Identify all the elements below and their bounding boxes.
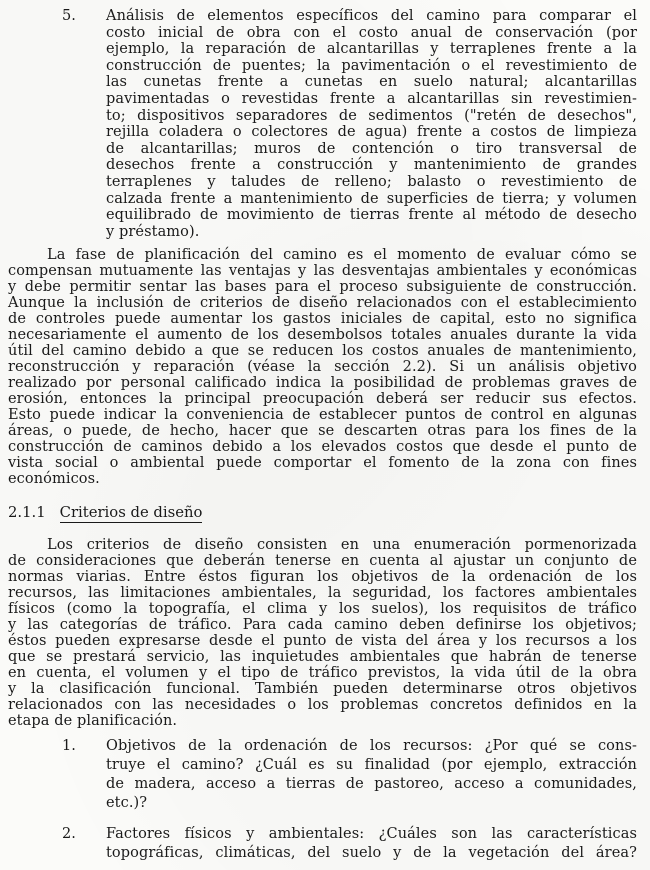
numbered-item: 1.Objetivos de la ordenación de los recu… <box>8 737 637 813</box>
paragraph: Los criterios de diseño consisten en una… <box>8 537 637 729</box>
text-line: costo inicial de obra con el costo anual… <box>106 25 637 42</box>
document-page: 5.Análisis de elementos específicos del … <box>0 0 650 870</box>
text-line: y préstamo). <box>106 224 637 241</box>
text-line: y la clasificación funcional. También pu… <box>8 681 637 697</box>
text-line: terraplenes y taludes de relleno; balast… <box>106 174 637 191</box>
text-line: topográficas, climáticas, del suelo y de… <box>106 844 637 863</box>
text-line: Factores físicos y ambientales: ¿Cuáles … <box>106 825 637 844</box>
item-lines: Factores físicos y ambientales: ¿Cuáles … <box>106 825 637 863</box>
text-line: que se prestará servicio, las inquietude… <box>8 649 637 665</box>
text-line: útil del camino debido a que se reducen … <box>8 343 637 359</box>
section-heading-number: 2.1.1 <box>8 504 46 521</box>
text-line: económicos. <box>8 471 637 487</box>
text-line: de controles puede aumentar los gastos i… <box>8 311 637 327</box>
text-line: ejemplo, la reparación de alcantarillas … <box>106 41 637 58</box>
item-lines: Objetivos de la ordenación de los recurs… <box>106 737 637 813</box>
numbered-item: 5.Análisis de elementos específicos del … <box>8 8 637 240</box>
text-line: Esto puede indicar la conveniencia de es… <box>8 407 637 423</box>
document-blocks: 5.Análisis de elementos específicos del … <box>8 8 637 863</box>
text-line: recursos, las limitaciones ambientales, … <box>8 585 637 601</box>
text-line: de consideraciones que deberán tenerse e… <box>8 553 637 569</box>
text-line: reconstrucción y reparación (véase la se… <box>8 359 637 375</box>
text-line: desechos frente a construcción y manteni… <box>106 157 637 174</box>
text-line: Aunque la inclusión de criterios de dise… <box>8 295 637 311</box>
text-line: las cunetas frente a cunetas en suelo na… <box>106 74 637 91</box>
text-line: vista social o ambiental puede comportar… <box>8 455 637 471</box>
text-line: equilibrado de movimiento de tierras fre… <box>106 207 637 224</box>
text-line: de alcantarillas; muros de contención o … <box>106 141 637 158</box>
text-line: Los criterios de diseño consisten en una… <box>8 537 637 553</box>
text-line: y debe permitir sentar las bases para el… <box>8 279 637 295</box>
text-line: etapa de planificación. <box>8 713 637 729</box>
text-line: realizado por personal calificado indica… <box>8 375 637 391</box>
text-line: compensan mutuamente las ventajas y las … <box>8 263 637 279</box>
text-line: éstos pueden expresarse desde el punto d… <box>8 633 637 649</box>
text-line: erosión, entonces la principal preocupac… <box>8 391 637 407</box>
section-heading-title: Criterios de diseño <box>60 504 203 523</box>
paragraph: La fase de planificación del camino es e… <box>8 247 637 487</box>
item-number: 1. <box>62 737 106 756</box>
text-line: relacionados con las necesidades o los p… <box>8 697 637 713</box>
text-line: truye el camino? ¿Cuál es su finalidad (… <box>106 756 637 775</box>
text-line: construcción de caminos debido a los ele… <box>8 439 637 455</box>
text-line: Análisis de elementos específicos del ca… <box>106 8 637 25</box>
text-line: áreas, o puede, de hecho, hacer que se d… <box>8 423 637 439</box>
text-line: de madera, acceso a tierras de pastoreo,… <box>106 775 637 794</box>
text-line: y las categorías de tráfico. Para cada c… <box>8 617 637 633</box>
item-number: 2. <box>62 825 106 844</box>
text-line: físicos (como la topografía, el clima y … <box>8 601 637 617</box>
text-line: normas viarias. Entre éstos figuran los … <box>8 569 637 585</box>
text-line: Objetivos de la ordenación de los recurs… <box>106 737 637 756</box>
text-line: rejilla coladera o colectores de agua) f… <box>106 124 637 141</box>
text-line: to; dispositivos separadores de sediment… <box>106 108 637 125</box>
text-line: en cuenta, el volumen y el tipo de tráfi… <box>8 665 637 681</box>
text-line: pavimentadas o revestidas frente a alcan… <box>106 91 637 108</box>
text-line: necesariamente el aumento de los desembo… <box>8 327 637 343</box>
text-line: construcción de puentes; la pavimentació… <box>106 58 637 75</box>
numbered-item: 2.Factores físicos y ambientales: ¿Cuále… <box>8 825 637 863</box>
item-number: 5. <box>62 8 106 25</box>
text-line: La fase de planificación del camino es e… <box>8 247 637 263</box>
text-line: calzada frente a mantenimiento de superf… <box>106 191 637 208</box>
text-line: etc.)? <box>106 794 637 813</box>
section-heading: 2.1.1Criterios de diseño <box>8 504 637 523</box>
item-lines: Análisis de elementos específicos del ca… <box>106 8 637 240</box>
